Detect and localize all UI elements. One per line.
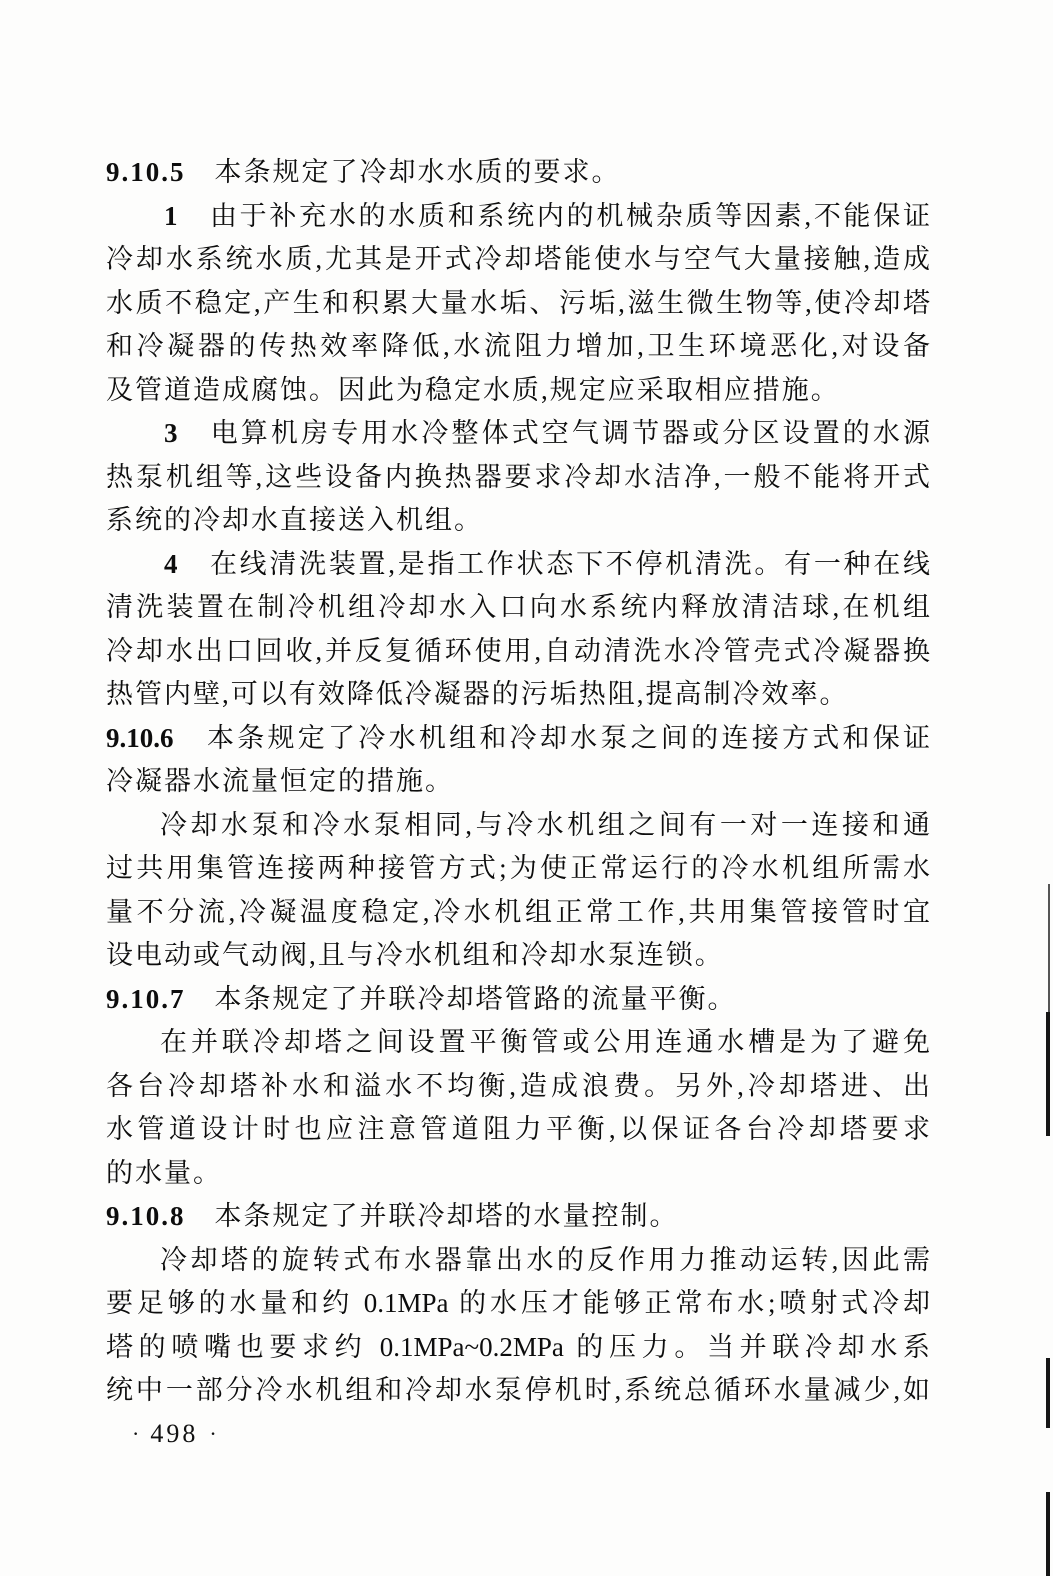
text-line: 各台冷却塔补水和溢水不均衡,造成浪费。另外,冷却塔进、出 [106,1065,930,1109]
text-line-clause-1: 1 由于补充水的水质和系统内的机械杂质等因素,不能保证 [106,195,930,239]
scan-edge-artifact [1046,1358,1050,1428]
scan-edge-artifact [1048,884,1050,1012]
footer-right-dot: · [209,1417,216,1451]
text-line: 热管内壁,可以有效降低冷凝器的污垢热阻,提高制冷效率。 [106,673,930,717]
text-line: 水管道设计时也应注意管道阻力平衡,以保证各台冷却塔要求 [106,1108,930,1152]
clause-number: 9.10.5 [106,157,186,187]
scan-edge-artifact [1046,1492,1050,1576]
text-line: 冷却水泵和冷水泵相同,与冷水机组之间有一对一连接和通 [106,804,930,848]
text-line-clause-9.10.8: 9.10.8 本条规定了并联冷却塔的水量控制。 [106,1195,930,1239]
text-line-clause-9.10.7: 9.10.7 本条规定了并联冷却塔管路的流量平衡。 [106,978,930,1022]
document-page: 9.10.5 本条规定了冷却水水质的要求。1 由于补充水的水质和系统内的机械杂质… [0,0,1053,1576]
text-line: 冷却塔的旋转式布水器靠出水的反作用力推动运转,因此需 [106,1239,930,1283]
clause-number: 9.10.6 [106,723,174,753]
text-line: 的水量。 [106,1152,930,1196]
clause-number: 1 [164,201,178,231]
text-line: 系统的冷却水直接送入机组。 [106,499,930,543]
text-line: 和冷凝器的传热效率降低,水流阻力增加,卫生环境恶化,对设备 [106,325,930,369]
text-line: 设电动或气动阀,且与冷水机组和冷却水泵连锁。 [106,934,930,978]
text-line: 及管道造成腐蚀。因此为稳定水质,规定应采取相应措施。 [106,369,930,413]
page-number: 498 [150,1419,198,1448]
text-line-clause-9.10.6: 9.10.6 本条规定了冷水机组和冷却水泵之间的连接方式和保证 [106,717,930,761]
text-line: 塔的喷嘴也要求约 0.1MPa~0.2MPa 的压力。当并联冷却水系 [106,1326,930,1370]
text-line: 水质不稳定,产生和积累大量水垢、污垢,滋生微生物等,使冷却塔 [106,282,930,326]
clause-number: 3 [164,418,178,448]
text-line: 要足够的水量和约 0.1MPa 的水压才能够正常布水;喷射式冷却 [106,1282,930,1326]
text-block: 9.10.5 本条规定了冷却水水质的要求。1 由于补充水的水质和系统内的机械杂质… [106,151,930,1413]
footer-left-dot: · [132,1417,139,1451]
text-line: 量不分流,冷凝温度稳定,冷水机组正常工作,共用集管接管时宜 [106,891,930,935]
text-line: 统中一部分冷水机组和冷却水泵停机时,系统总循环水量减少,如 [106,1369,930,1413]
text-line-clause-9.10.5: 9.10.5 本条规定了冷却水水质的要求。 [106,151,930,195]
text-line: 冷凝器水流量恒定的措施。 [106,760,930,804]
text-line: 热泵机组等,这些设备内换热器要求冷却水洁净,一般不能将开式 [106,456,930,500]
clause-number: 9.10.7 [106,984,186,1014]
text-line: 在并联冷却塔之间设置平衡管或公用连通水槽是为了避免 [106,1021,930,1065]
clause-number: 4 [164,549,178,579]
text-line: 冷却水出口回收,并反复循环使用,自动清洗水冷管壳式冷凝器换 [106,630,930,674]
text-line: 清洗装置在制冷机组冷却水入口向水系统内释放清洁球,在机组 [106,586,930,630]
text-line: 冷却水系统水质,尤其是开式冷却塔能使水与空气大量接触,造成 [106,238,930,282]
text-line: 过共用集管连接两种接管方式;为使正常运行的冷水机组所需水 [106,847,930,891]
page-footer: ·498· [121,1417,228,1451]
text-line-clause-3: 3 电算机房专用水冷整体式空气调节器或分区设置的水源 [106,412,930,456]
clause-number: 9.10.8 [106,1201,186,1231]
text-line-clause-4: 4 在线清洗装置,是指工作状态下不停机清洗。有一种在线 [106,543,930,587]
scan-edge-artifact [1046,1012,1050,1136]
